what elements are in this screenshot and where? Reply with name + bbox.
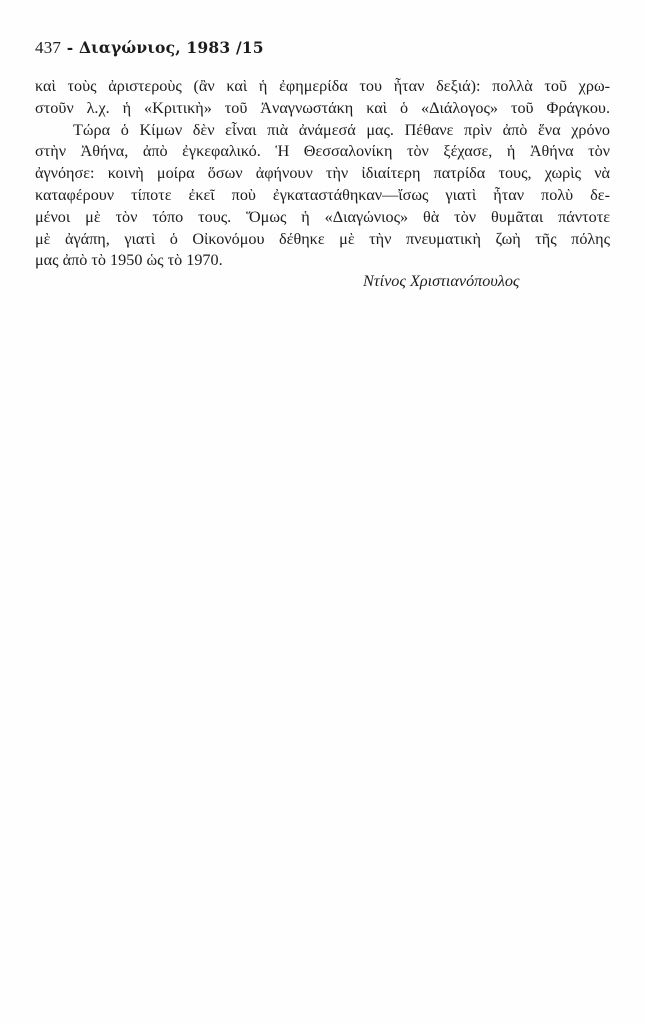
article-body: καὶ τοὺς ἀριστεροὺς (ἂν καὶ ἡ ἐφημερίδα … [35,76,610,272]
text-line: στοῦν λ.χ. ἡ «Κριτικὴ» τοῦ Ἀναγνωστάκη κ… [35,98,610,120]
text-line: ἀγνόησε: κοινὴ μοίρα ὅσων ἀφήνουν τὴν ἰδ… [35,163,610,185]
journal-title: Διαγώνιος, [79,38,181,57]
paragraph-end-line: μας ἀπὸ τὸ 1950 ὡς τὸ 1970. [35,250,610,272]
text-line: καὶ τοὺς ἀριστεροὺς (ἂν καὶ ἡ ἐφημερίδα … [35,76,610,98]
issue-number: 1983 /15 [181,38,264,57]
author-signature: Ντίνος Χριστιανόπουλος [363,272,520,291]
text-line: μὲ ἀγάπη, γιατὶ ὁ Οἰκονόμου δέθηκε μὲ τὴ… [35,229,610,251]
scanned-page: 437 - Διαγώνιος, 1983 /15 καὶ τοὺς ἀριστ… [0,0,645,1024]
running-header: 437 - Διαγώνιος, 1983 /15 [35,38,264,58]
paragraph-start-line: Τώρα ὁ Κίμων δὲν εἶναι πιὰ ἀνάμεσά μας. … [35,120,610,142]
text-line: μένοι μὲ τὸν τόπο τους. Ὅμως ἡ «Διαγώνιο… [35,207,610,229]
header-separator: - [61,38,79,57]
text-line: καταφέρουν τίποτε ἐκεῖ ποὺ ἐγκαταστάθηκα… [35,185,610,207]
text-line: στὴν Ἀθήνα, ἀπὸ ἐγκεφαλικό. Ἡ Θεσσαλονίκ… [35,141,610,163]
page-number: 437 [35,38,61,57]
